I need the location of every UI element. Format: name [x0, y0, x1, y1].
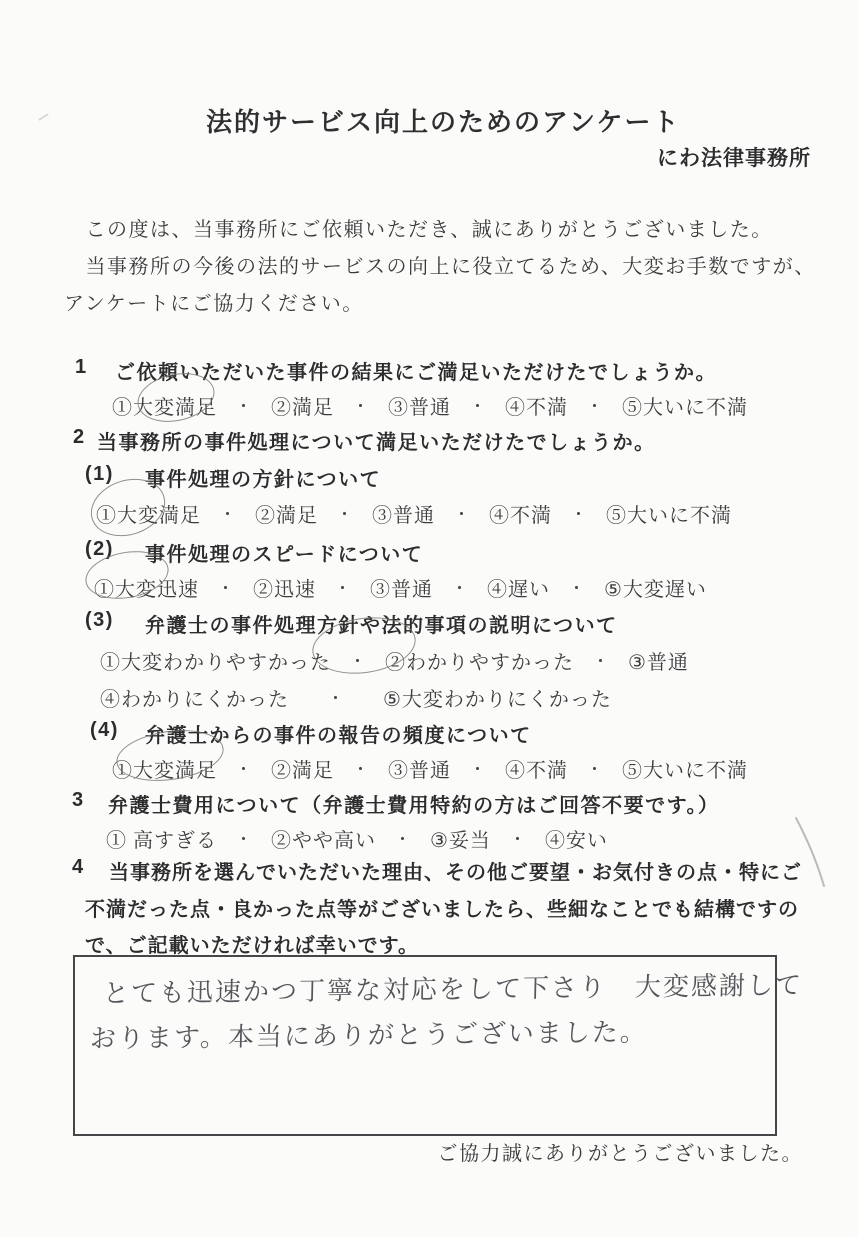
intro-line: この度は、当事務所にご依頼いただき、誠にありがとうございました。	[64, 212, 834, 249]
option: ②迅速	[253, 579, 316, 601]
option: ③普通	[388, 760, 451, 782]
sub-question-text: 事件処理の方針について	[145, 463, 381, 492]
handwritten-comment-line: とても迅速かつ丁寧な対応をして下さり 大変感謝して	[103, 965, 804, 1011]
option-separator: ・	[235, 397, 253, 416]
question-number: 1	[75, 356, 88, 379]
option-separator: ・	[469, 760, 487, 779]
sub-question-number: (4)	[90, 719, 119, 742]
question-2-3-header: (3) 弁護士の事件処理方針や法的事項の説明について	[0, 609, 858, 639]
option: ⑤大いに不満	[622, 397, 748, 419]
option-separator: ・	[235, 830, 253, 849]
question-2-header: 2 当事務所の事件処理について満足いただけたでしょうか。	[0, 426, 858, 456]
option-separator: ・	[568, 579, 586, 598]
option-separator: ・	[327, 689, 345, 708]
option: ④不満	[489, 505, 552, 527]
option: ⑤大いに不満	[622, 760, 748, 782]
option: ④遅い	[487, 579, 550, 601]
survey-title: 法的サービス向上のためのアンケート	[206, 102, 680, 139]
option: ① 高すぎる	[106, 830, 217, 852]
pen-stroke-artifact	[788, 810, 832, 894]
option-separator: ・	[219, 505, 237, 524]
question-number: 4	[72, 856, 85, 879]
question-4-header-line3: で、ご記載いただければ幸いです。	[85, 929, 419, 958]
option: ③普通	[628, 652, 689, 674]
option-separator: ・	[394, 830, 412, 849]
question-number: 2	[73, 426, 86, 449]
option: ⑤大いに不満	[606, 505, 732, 527]
option: ⑤大変わかりにくかった	[383, 689, 612, 711]
option: ②満足	[271, 397, 334, 419]
option-separator: ・	[586, 397, 604, 416]
question-text-line: で、ご記載いただければ幸いです。	[85, 935, 419, 957]
option-separator: ・	[352, 760, 370, 779]
option: ⑤大変遅い	[604, 579, 707, 601]
option: ②やや高い	[271, 830, 376, 852]
scan-speck	[38, 113, 48, 121]
option-separator: ・	[451, 579, 469, 598]
option: ③妥当	[430, 830, 491, 852]
option: ④不満	[505, 397, 568, 419]
option-separator: ・	[469, 397, 487, 416]
sub-question-text: 事件処理のスピードについて	[145, 538, 423, 567]
option-separator: ・	[336, 505, 354, 524]
footer-thanks: ご協力誠にありがとうございました。	[438, 1137, 804, 1166]
question-4-header-line2: 不満だった点・良かった点等がございましたら、些細なことでも結構ですの	[85, 893, 799, 922]
option-separator: ・	[235, 760, 253, 779]
option: ④安い	[545, 830, 608, 852]
option: ③普通	[372, 505, 435, 527]
option-separator: ・	[453, 505, 471, 524]
question-2-3-options-row2: ④わかりにくかった・⑤大変わかりにくかった	[100, 683, 612, 712]
intro-paragraph: この度は、当事務所にご依頼いただき、誠にありがとうございました。 当事務所の今後…	[64, 212, 834, 323]
question-4-header-line1: 4 当事務所を選んでいただいた理由、その他ご要望・お気付きの点・特にご	[0, 856, 858, 886]
option: ②わかりやすかった	[385, 652, 574, 674]
sub-question-number: (1)	[85, 463, 114, 486]
question-3-options: ① 高すぎる・②やや高い・③妥当・④安い	[106, 824, 608, 853]
question-2-2-options: ①大変迅速・②迅速・③普通・④遅い・⑤大変遅い	[94, 573, 707, 602]
option-separator: ・	[586, 760, 604, 779]
option-separator: ・	[217, 579, 235, 598]
intro-line: アンケートにご協力ください。	[64, 286, 834, 323]
question-number: 3	[72, 789, 85, 812]
scanned-survey-page: 法的サービス向上のためのアンケート にわ法律事務所 この度は、当事務所にご依頼い…	[0, 0, 858, 1237]
option: ②満足	[271, 760, 334, 782]
question-text-line: 不満だった点・良かった点等がございましたら、些細なことでも結構ですの	[85, 899, 799, 921]
intro-line: 当事務所の今後の法的サービスの向上に役立てるため、大変お手数ですが、	[64, 249, 834, 286]
option: ③普通	[370, 579, 433, 601]
comment-box: とても迅速かつ丁寧な対応をして下さり 大変感謝して おります。本当にありがとうご…	[73, 955, 777, 1136]
option-separator: ・	[352, 397, 370, 416]
option: ①大変わかりやすかった	[100, 652, 331, 674]
question-text: 弁護士費用について（弁護士費用特約の方はご回答不要です。）	[108, 789, 720, 818]
question-text: 当事務所の事件処理について満足いただけたでしょうか。	[97, 426, 656, 455]
option-separator: ・	[570, 505, 588, 524]
option: ④不満	[505, 760, 568, 782]
option: ③普通	[388, 397, 451, 419]
option-separator: ・	[592, 652, 610, 671]
option: ④わかりにくかった	[100, 689, 289, 711]
option-separator: ・	[509, 830, 527, 849]
question-text-line: 当事務所を選んでいただいた理由、その他ご要望・お気付きの点・特にご	[109, 856, 802, 885]
question-2-1-options: ①大変満足・②満足・③普通・④不満・⑤大いに不満	[96, 499, 732, 528]
sub-question-number: (3)	[85, 609, 114, 632]
option-separator: ・	[334, 579, 352, 598]
handwritten-comment-line: おります。本当にありがとうございました。	[90, 1012, 649, 1056]
question-3-header: 3 弁護士費用について（弁護士費用特約の方はご回答不要です。）	[0, 789, 858, 819]
question-1-header: 1 ご依頼いただいた事件の結果にご満足いただけたでしょうか。	[0, 356, 858, 386]
office-name: にわ法律事務所	[657, 142, 811, 172]
option: ②満足	[255, 505, 318, 527]
